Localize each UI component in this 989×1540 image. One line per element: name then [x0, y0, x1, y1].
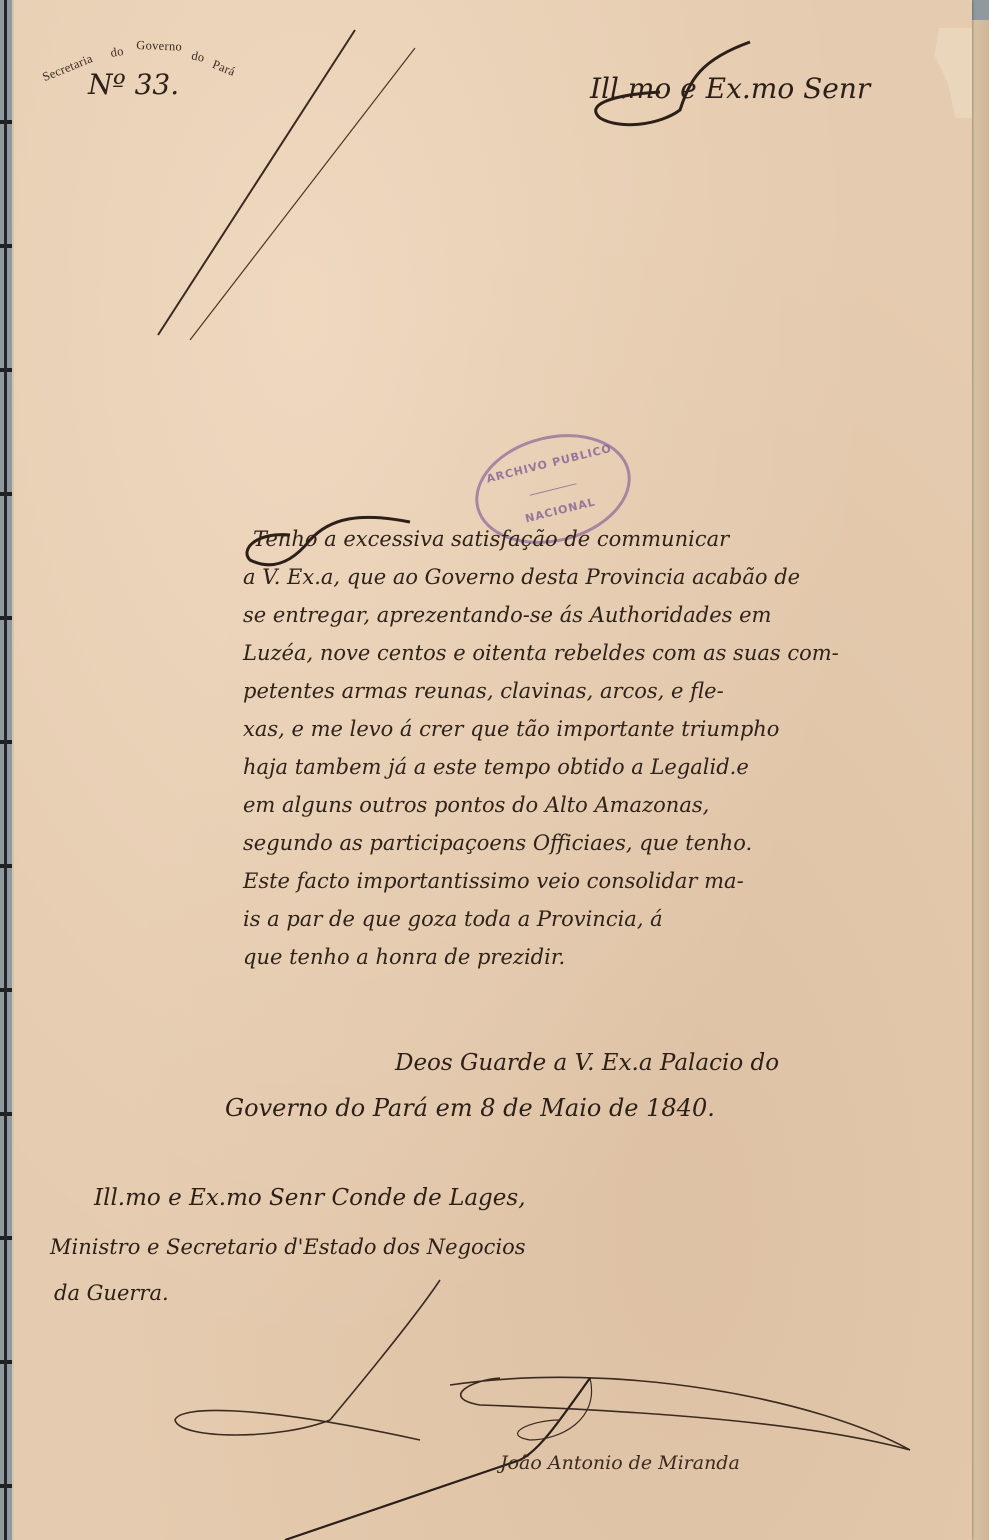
- torn-corner: [931, 28, 972, 118]
- body-line: que tenho a honra de prezidir.: [243, 938, 963, 976]
- addressee-block: Ill.mo e Ex.mo Senr Conde de Lages, Mini…: [50, 1185, 750, 1321]
- body-line: haja tambem já a este tempo obtido a Leg…: [243, 748, 963, 786]
- closing-formula: Deos Guarde a V. Ex.a Palacio do Governo…: [225, 1050, 965, 1138]
- body-line: xas, e me levo á crer que tão importante…: [243, 710, 963, 748]
- letterhead-word: do: [190, 48, 206, 65]
- body-line: se entregar, aprezentando-se ás Authorid…: [243, 596, 963, 634]
- closing-line-1: Deos Guarde a V. Ex.a Palacio do: [225, 1050, 965, 1094]
- addressee-name: Ill.mo e Ex.mo Senr Conde de Lages,: [50, 1185, 750, 1235]
- body-line: petentes armas reunas, clavinas, arcos, …: [243, 672, 963, 710]
- body-line: is a par de que goza toda a Provincia, á: [243, 900, 963, 938]
- letterhead-word: do: [109, 44, 125, 61]
- body-line: segundo as participaçoens Officiaes, que…: [243, 824, 963, 862]
- signature: João Antonio de Miranda: [500, 1452, 740, 1474]
- closing-line-2-place-date: Governo do Pará em 8 de Maio de 1840.: [225, 1094, 965, 1138]
- body-line: a V. Ex.a, que ao Governo desta Provinci…: [243, 558, 963, 596]
- body-line: Luzéa, nove centos e oitenta rebeldes co…: [243, 634, 963, 672]
- body-line: em alguns outros pontos do Alto Amazonas…: [243, 786, 963, 824]
- addressee-title: Ministro e Secretario d'Estado dos Negoc…: [50, 1235, 750, 1281]
- body-line: Tenho a excessiva satisfação de communic…: [243, 520, 963, 558]
- addressee-department: da Guerra.: [50, 1281, 750, 1321]
- stamp-divider: [530, 483, 577, 496]
- under-sheet-edge-right: [970, 20, 989, 1540]
- letterhead-word: Pará: [210, 57, 237, 80]
- document-number: Nº 33.: [88, 68, 179, 101]
- letterhead-word: Secretaria: [40, 51, 95, 85]
- letter-body: Tenho a excessiva satisfação de communic…: [243, 520, 963, 976]
- scale-ruler: [0, 0, 12, 1540]
- salutation: Ill.mo e Ex.mo Senr: [590, 72, 870, 105]
- body-line: Este facto importantissimo veio consolid…: [243, 862, 963, 900]
- letterhead-word: Governo: [136, 38, 182, 55]
